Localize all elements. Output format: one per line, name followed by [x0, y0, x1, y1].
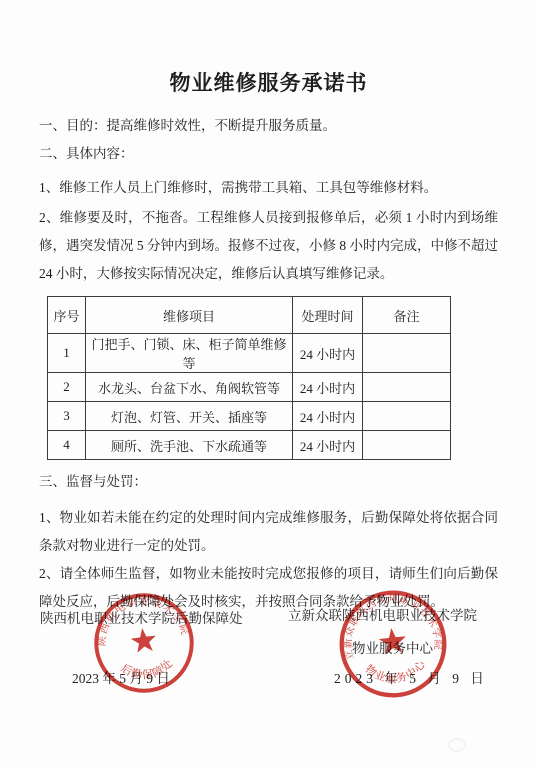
cell-time: 24 小时内 [293, 334, 363, 373]
cell-no: 4 [48, 431, 86, 460]
repair-items-table: 序号 维修项目 处理时间 备注 1 门把手、门锁、床、柜子简单维修等 24 小时… [47, 296, 451, 460]
document-title: 物业维修服务承诺书 [39, 68, 498, 98]
content-item-2: 2、维修要及时，不拖沓。工程维修人员接到报修单后，必须 1 小时内到场维修，遇突… [39, 204, 498, 288]
cell-note [363, 334, 451, 373]
cell-item: 门把手、门锁、床、柜子简单维修等 [86, 334, 293, 373]
right-stamp-bottom-text: 物业服务中心 [362, 656, 431, 689]
faint-scan-artifact [448, 738, 466, 752]
cell-time: 24 小时内 [293, 431, 363, 460]
table-row: 2 水龙头、台盆下水、角阀软管等 24 小时内 [48, 373, 451, 402]
right-official-stamp-icon: 立新众联陕西机电职业技术学院 物业服务中心 [330, 581, 455, 706]
table-row: 4 厕所、洗手池、下水疏通等 24 小时内 [48, 431, 451, 460]
cell-no: 1 [48, 334, 86, 373]
cell-item: 厕所、洗手池、下水疏通等 [86, 431, 293, 460]
table-header-no: 序号 [48, 297, 86, 334]
table-row: 1 门把手、门锁、床、柜子简单维修等 24 小时内 [48, 334, 451, 373]
section-purpose: 一、目的：提高维修时效性，不断提升服务质量。 [39, 112, 498, 140]
left-official-stamp-icon: 陕西机电职业技术学院 后勤保障处 [85, 584, 203, 702]
document-title-text: 物业维修服务承诺书 [170, 71, 368, 95]
cell-note [363, 402, 451, 431]
cell-item: 水龙头、台盆下水、角阀软管等 [86, 373, 293, 402]
table-header-item: 维修项目 [86, 297, 293, 334]
document-body: 物业维修服务承诺书 一、目的：提高维修时效性，不断提升服务质量。 二、具体内容：… [0, 0, 535, 616]
table-header-time: 处理时间 [293, 297, 363, 334]
cell-no: 3 [48, 402, 86, 431]
svg-text:物业服务中心: 物业服务中心 [362, 656, 431, 689]
table-row: 3 灯泡、灯管、开关、插座等 24 小时内 [48, 402, 451, 431]
table-header-note: 备注 [363, 297, 451, 334]
cell-note [363, 373, 451, 402]
cell-note [363, 431, 451, 460]
svg-text:立新众联陕西机电职业技术学院: 立新众联陕西机电职业技术学院 [337, 587, 446, 662]
cell-time: 24 小时内 [293, 402, 363, 431]
table-header-row: 序号 维修项目 处理时间 备注 [48, 297, 451, 334]
right-stamp-arc-text: 立新众联陕西机电职业技术学院 [337, 587, 446, 662]
cell-item: 灯泡、灯管、开关、插座等 [86, 402, 293, 431]
section-content-heading: 二、具体内容： [39, 140, 498, 168]
cell-time: 24 小时内 [293, 373, 363, 402]
svg-text:后勤保障处: 后勤保障处 [117, 655, 177, 685]
cell-no: 2 [48, 373, 86, 402]
supervision-item-1: 1、物业如若未能在约定的处理时间内完成维修服务，后勤保障处将依据合同条款对物业进… [39, 504, 498, 560]
stamp-star-icon [130, 627, 158, 654]
stamp-star-icon [378, 627, 408, 655]
section-supervision-heading: 三、监督与处罚： [39, 468, 498, 496]
document-page: 物业维修服务承诺书 一、目的：提高维修时效性，不断提升服务质量。 二、具体内容：… [0, 0, 535, 768]
left-stamp-bottom-text: 后勤保障处 [117, 655, 177, 685]
content-item-1: 1、维修工作人员上门维修时，需携带工具箱、工具包等维修材料。 [39, 174, 498, 202]
